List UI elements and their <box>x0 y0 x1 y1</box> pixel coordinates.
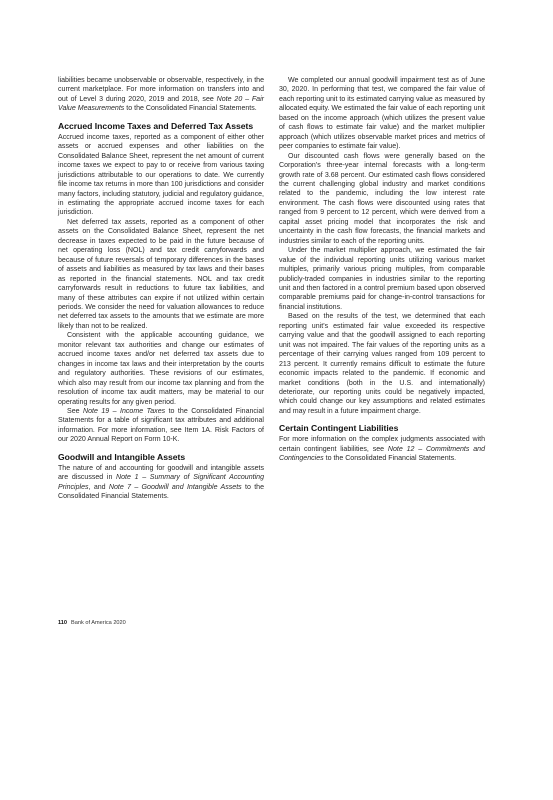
text: to the Consolidated Financial Statements… <box>124 105 256 112</box>
section-heading-goodwill: Goodwill and Intangible Assets <box>58 452 264 463</box>
note-reference: Note 19 – Income Taxes <box>83 408 165 415</box>
page-footer: 110Bank of America 2020 <box>58 620 126 626</box>
paragraph-accrued-income-taxes: Accrued income taxes, reported as a comp… <box>58 133 264 218</box>
text: , and <box>89 484 109 491</box>
paragraph-contingent-liabilities: For more information on the complex judg… <box>279 435 485 463</box>
paragraph-goodwill-nature: The nature of and accounting for goodwil… <box>58 464 264 502</box>
paragraph-level3-transfers: liabilities became unobservable or obser… <box>58 76 264 114</box>
paragraph-market-multiplier: Under the market multiplier approach, we… <box>279 246 485 312</box>
paragraph-accounting-guidance: Consistent with the applicable accountin… <box>58 331 264 407</box>
paragraph-test-results: Based on the results of the test, we det… <box>279 312 485 416</box>
text: See <box>67 408 83 415</box>
text: to the Consolidated Financial Statements… <box>324 455 456 462</box>
paragraph-net-deferred-tax-assets: Net deferred tax assets, reported as a c… <box>58 218 264 331</box>
paragraph-see-note-19: See Note 19 – Income Taxes to the Consol… <box>58 407 264 445</box>
left-column: liabilities became unobservable or obser… <box>58 76 264 502</box>
section-heading-accrued-income-taxes: Accrued Income Taxes and Deferred Tax As… <box>58 121 264 132</box>
page-number: 110 <box>58 620 67 626</box>
paragraph-impairment-test: We completed our annual goodwill impairm… <box>279 76 485 152</box>
right-column: We completed our annual goodwill impairm… <box>279 76 485 464</box>
publication-name: Bank of America 2020 <box>71 620 126 626</box>
section-heading-contingent-liabilities: Certain Contingent Liabilities <box>279 423 485 434</box>
paragraph-discounted-cash-flows: Our discounted cash flows were generally… <box>279 152 485 247</box>
note-reference: Note 7 – Goodwill and Intangible Assets <box>109 484 242 491</box>
